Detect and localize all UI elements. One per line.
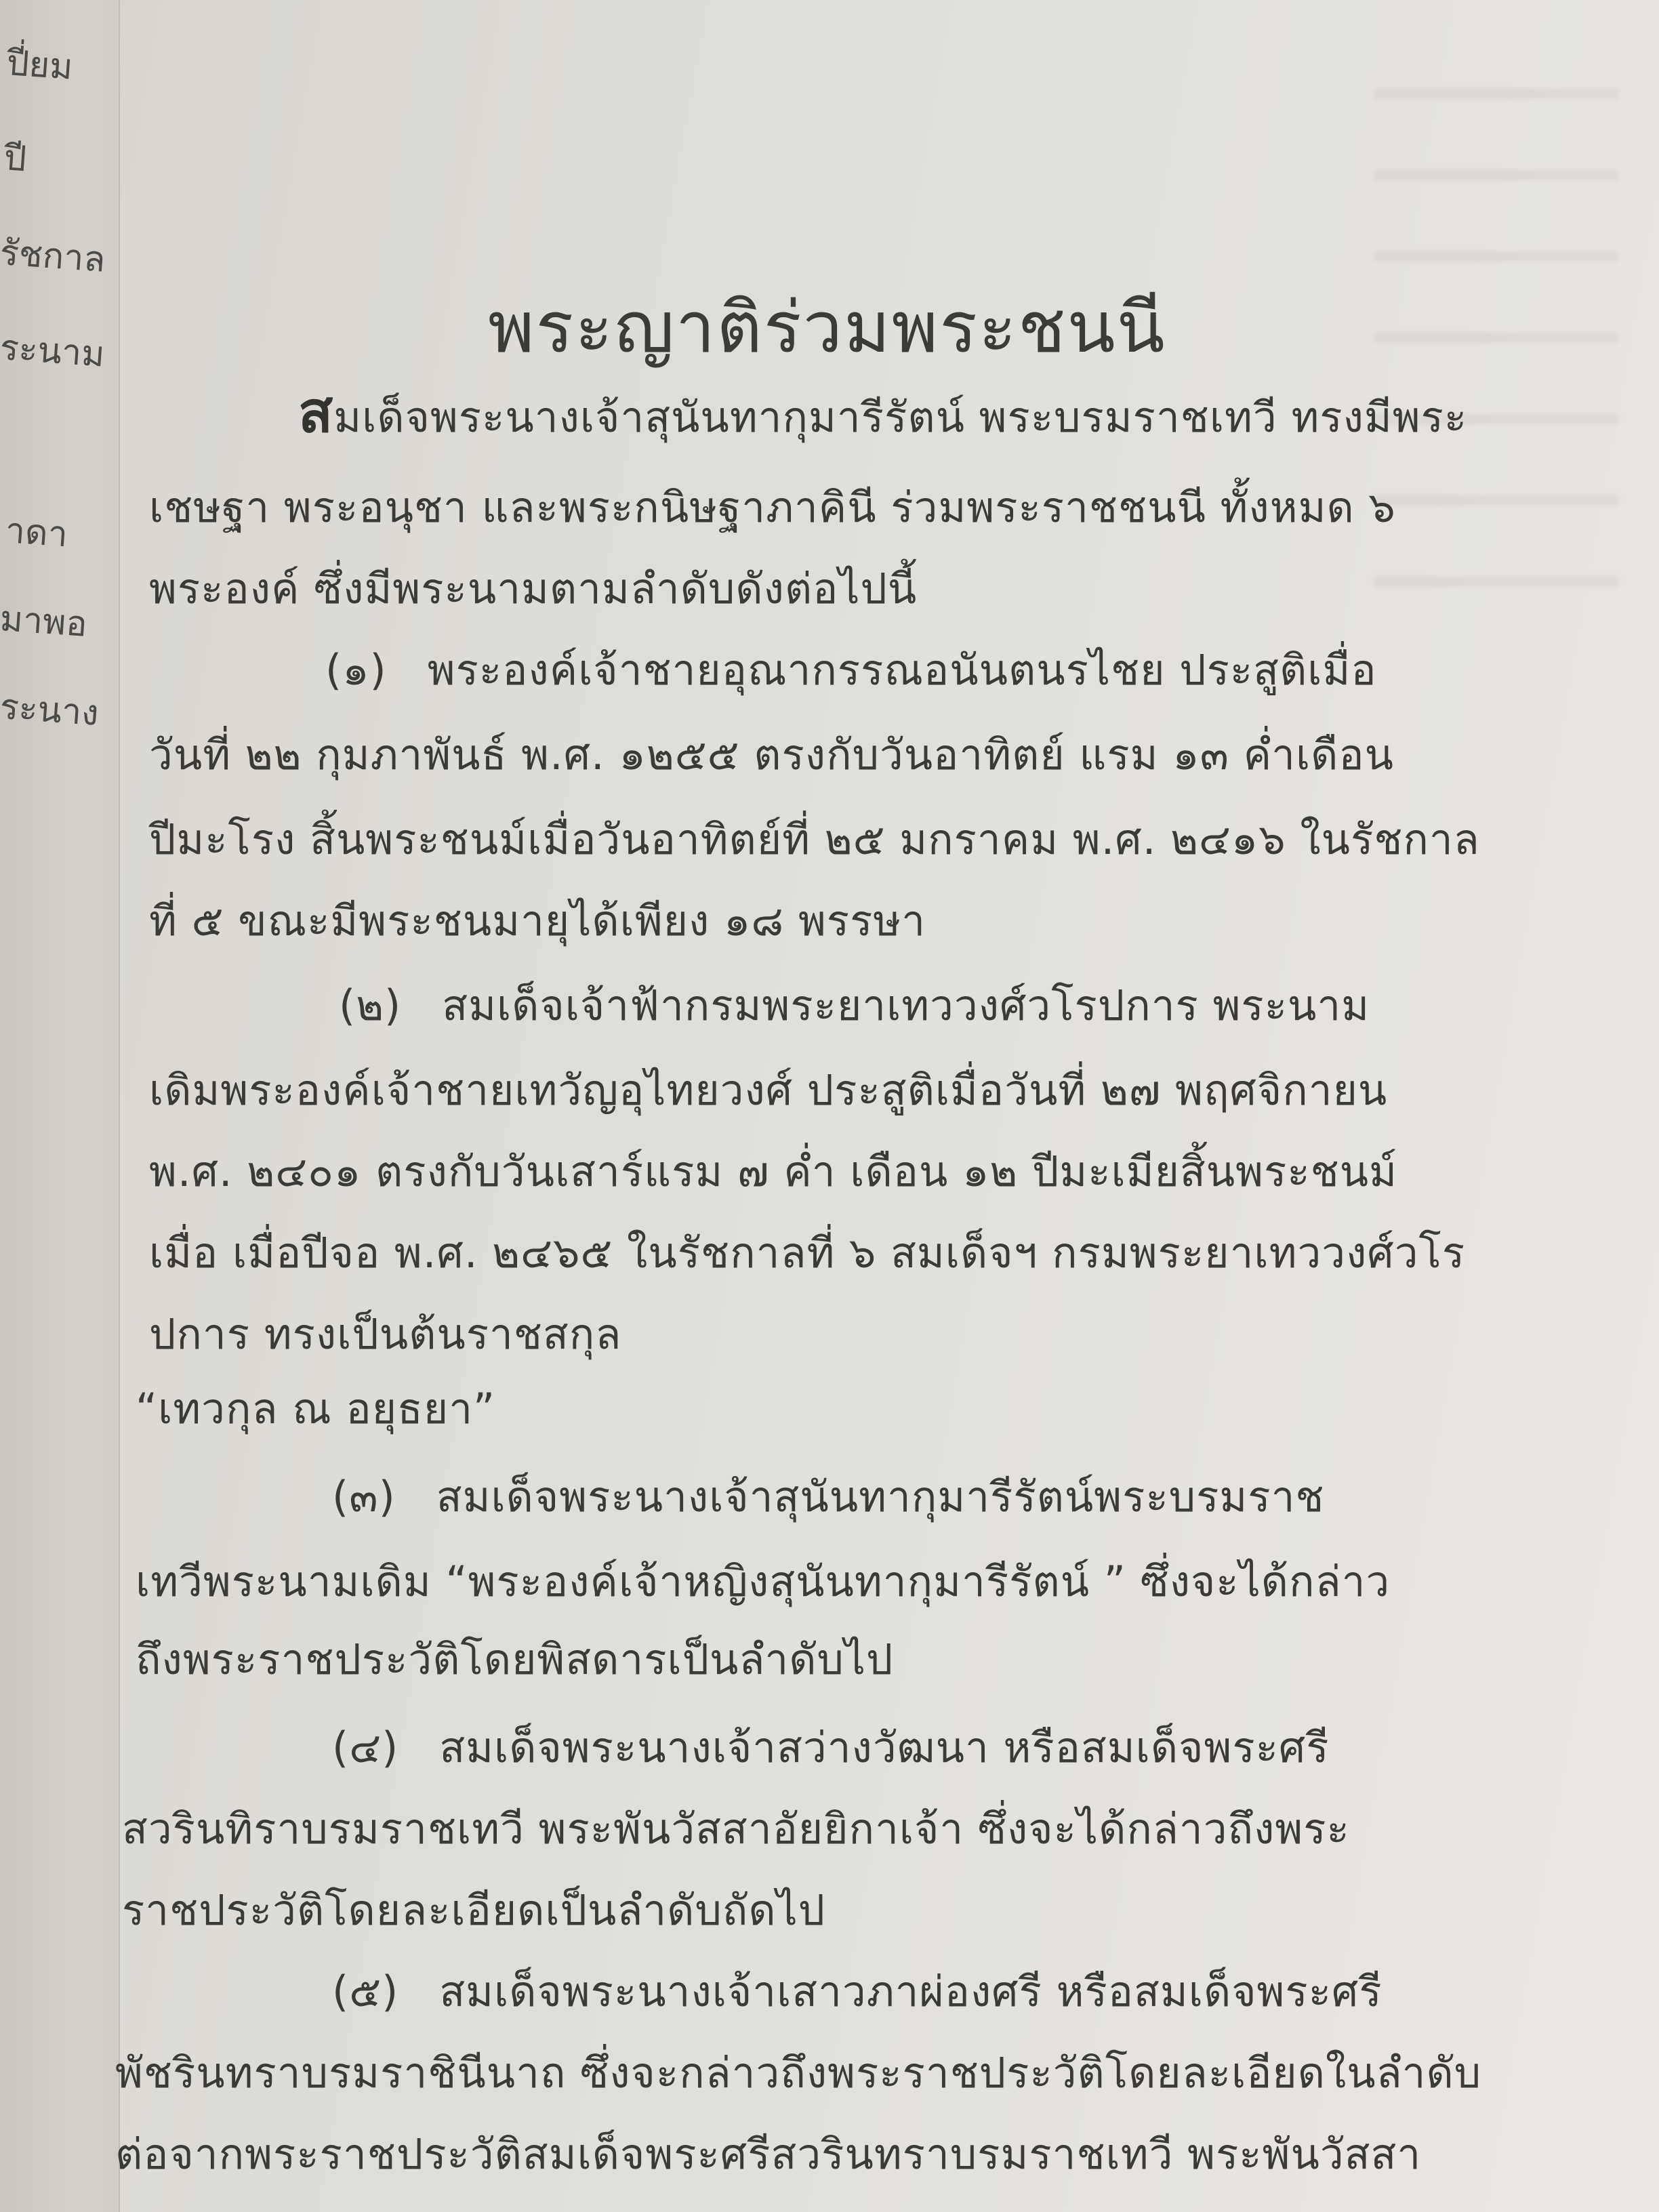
entry-4-line-2: สวรินทิราบรมราชเทวี พระพันวัสสาอัยยิกาเจ… — [122, 1796, 1350, 1862]
intro-line-3: พระองค์ ซึ่งมีพระนามตามลำดับดังต่อไปนี้ — [149, 556, 917, 622]
entry-text: สมเด็จเจ้าฟ้ากรมพระยาเทววงศ์วโรปการ พระน… — [442, 981, 1370, 1030]
entry-1-line-1: (๑)พระองค์เจ้าชายอุณากรรณอนันตนรไชย ประส… — [325, 637, 1377, 703]
entry-number: (๔) — [332, 1715, 398, 1781]
left-page-text: ปี — [2, 129, 28, 186]
intro-line-2: เชษฐา พระอนุชา และพระกนิษฐาภาคินี ร่วมพร… — [149, 474, 1647, 541]
entry-2-line-3: พ.ศ. ๒๔๐๑ ตรงกับวันเสาร์แรม ๗ ค่ำ เดือน … — [149, 1139, 1397, 1205]
entry-text: พระองค์เจ้าชายอุณากรรณอนันตนรไชย ประสูติ… — [428, 645, 1377, 695]
entry-4-line-1: (๔)สมเด็จพระนางเจ้าสว่างวัฒนา หรือสมเด็จ… — [332, 1715, 1330, 1781]
entry-3-line-2: เทวีพระนามเดิม “พระองค์เจ้าหญิงสุนันทากุ… — [136, 1549, 1390, 1615]
entry-text: เทวีพระนามเดิม “พระองค์เจ้าหญิงสุนันทากุ… — [136, 1557, 1390, 1606]
entry-text: วันที่ ๒๒ กุมภาพันธ์ พ.ศ. ๑๒๕๕ ตรงกับวัน… — [149, 730, 1394, 779]
entry-5-line-3: ต่อจากพระราชประวัติสมเด็จพระศรีสวรินทราบ… — [115, 2121, 1421, 2188]
entry-text: เมื่อ เมื่อปีจอ พ.ศ. ๒๔๖๕ ในรัชกาลที่ ๖ … — [149, 1228, 1465, 1277]
intro-text: เชษฐา พระอนุชา และพระกนิษฐาภาคินี ร่วมพร… — [149, 474, 1396, 541]
entry-text: พัชรินทราบรมราชินีนาถ ซึ่งจะกล่าวถึงพระร… — [115, 2048, 1481, 2097]
entry-2-line-6: “เทวกุล ณ อยุธยา” — [136, 1376, 495, 1442]
entry-text: เดิมพระองค์เจ้าชายเทวัญอุไทยวงศ์ ประสูติ… — [149, 1065, 1387, 1115]
left-page-text: ระนาง — [0, 678, 101, 741]
entry-1-line-3: ปีมะโรง สิ้นพระชนม์เมื่อวันอาทิตย์ที่ ๒๕… — [149, 806, 1480, 873]
entry-text: ที่ ๕ ขณะมีพระชนมายุได้เพียง ๑๘ พรรษา — [149, 896, 926, 945]
entry-2-line-1: (๒)สมเด็จเจ้าฟ้ากรมพระยาเทววงศ์วโรปการ พ… — [339, 972, 1370, 1039]
entry-4-line-3: ราชประวัติโดยละเอียดเป็นลำดับถัดไป — [122, 1877, 825, 1944]
intro-line-1: สมเด็จพระนางเจ้าสุนันทากุมารีรัตน์ พระบร… — [298, 366, 1647, 457]
entry-text: พ.ศ. ๒๔๐๑ ตรงกับวันเสาร์แรม ๗ ค่ำ เดือน … — [149, 1147, 1397, 1196]
entry-number: (๑) — [325, 637, 387, 703]
entry-2-line-4: เมื่อ เมื่อปีจอ พ.ศ. ๒๔๖๕ ในรัชกาลที่ ๖ … — [149, 1220, 1465, 1286]
left-page-text: ระนาม — [0, 319, 106, 382]
entry-text: สมเด็จพระนางเจ้าเสาวภาผ่องศรี หรือสมเด็จ… — [439, 1967, 1382, 2016]
entry-2-line-5: ปการ ทรงเป็นต้นราชสกุล — [149, 1301, 621, 1368]
drop-cap: ส — [298, 379, 333, 445]
left-page-fragment: ปี่ยม ปี รัชกาล ระนาม าดา มาพอ ระนาง — [0, 0, 120, 2212]
entry-number: (๓) — [332, 1464, 396, 1530]
entry-number: (๒) — [339, 972, 401, 1039]
entry-text: ปีมะโรง สิ้นพระชนม์เมื่อวันอาทิตย์ที่ ๒๕… — [149, 815, 1480, 864]
left-page-text: ปี่ยม — [5, 34, 75, 95]
entry-text: สมเด็จพระนางเจ้าสุนันทากุมารีรัตน์พระบรม… — [436, 1472, 1325, 1521]
intro-text: มเด็จพระนางเจ้าสุนันทากุมารีรัตน์ พระบรม… — [333, 392, 1467, 442]
entry-text: ต่อจากพระราชประวัติสมเด็จพระศรีสวรินทราบ… — [115, 2129, 1421, 2179]
entry-5-line-1: (๕)สมเด็จพระนางเจ้าเสาวภาผ่องศรี หรือสมเ… — [332, 1959, 1382, 2025]
entry-2-line-2: เดิมพระองค์เจ้าชายเทวัญอุไทยวงศ์ ประสูติ… — [149, 1057, 1387, 1124]
left-page-text: มาพอ — [0, 590, 89, 652]
entry-1-line-2: วันที่ ๒๒ กุมภาพันธ์ พ.ศ. ๑๒๕๕ ตรงกับวัน… — [149, 722, 1394, 788]
entry-number: (๕) — [332, 1959, 398, 2025]
book-page: พระญาติร่วมพระชนนี สมเด็จพระนางเจ้าสุนัน… — [136, 0, 1659, 2212]
entry-text: ปการ ทรงเป็นต้นราชสกุล — [149, 1309, 621, 1359]
entry-5-line-2: พัชรินทราบรมราชินีนาถ ซึ่งจะกล่าวถึงพระร… — [115, 2040, 1481, 2106]
entry-text: ราชประวัติโดยละเอียดเป็นลำดับถัดไป — [122, 1885, 825, 1935]
entry-3-line-1: (๓)สมเด็จพระนางเจ้าสุนันทากุมารีรัตน์พระ… — [332, 1464, 1325, 1530]
left-page-text: าดา — [3, 501, 70, 562]
entry-text: สวรินทิราบรมราชเทวี พระพันวัสสาอัยยิกาเจ… — [122, 1804, 1350, 1853]
left-page-text: รัชกาล — [0, 224, 107, 287]
entry-1-line-4: ที่ ๕ ขณะมีพระชนมายุได้เพียง ๑๘ พรรษา — [149, 888, 926, 954]
entry-text: สมเด็จพระนางเจ้าสว่างวัฒนา หรือสมเด็จพระ… — [439, 1723, 1329, 1772]
entry-text: ถึงพระราชประวัติโดยพิสดารเป็นลำดับไป — [136, 1635, 893, 1684]
entry-3-line-3: ถึงพระราชประวัติโดยพิสดารเป็นลำดับไป — [136, 1626, 893, 1693]
entry-text: “เทวกุล ณ อยุธยา” — [136, 1384, 495, 1433]
intro-text: พระองค์ ซึ่งมีพระนามตามลำดับดังต่อไปนี้ — [149, 564, 917, 613]
